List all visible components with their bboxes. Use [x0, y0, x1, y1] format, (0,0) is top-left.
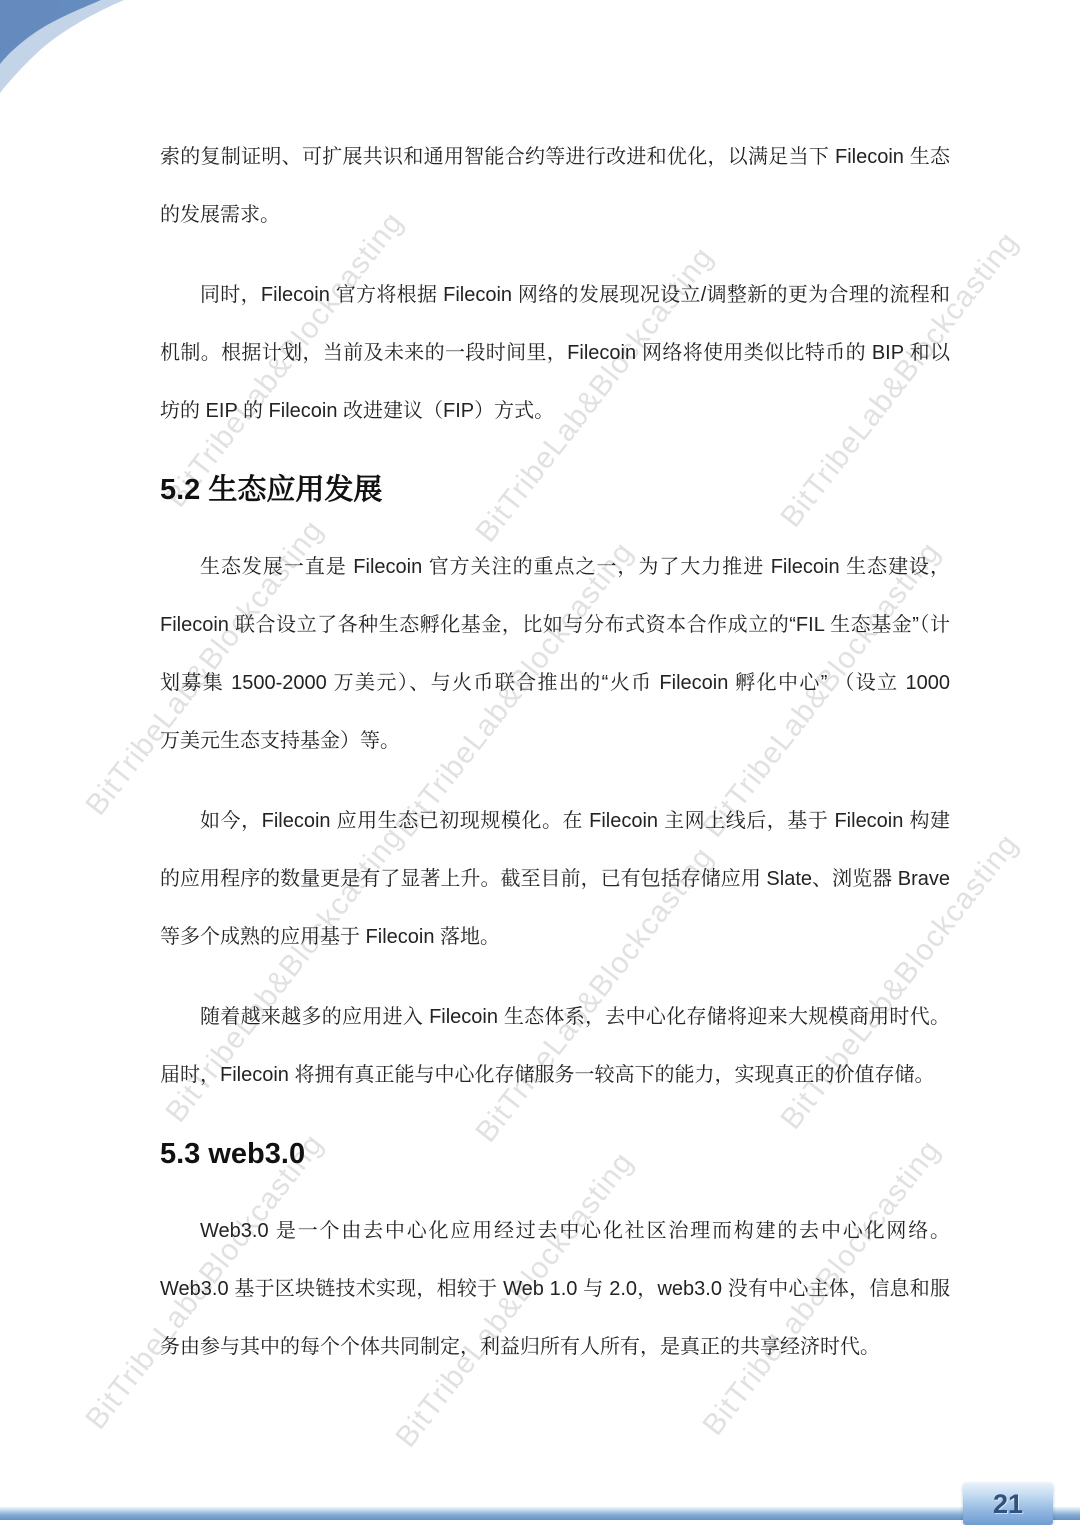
body-text-line: 届时，Filecoin 将拥有真正能与中心化存储服务一较高下的能力，实现真正的价… — [160, 1046, 950, 1104]
section-heading-5-3: 5.3 web3.0 — [160, 1132, 950, 1176]
paragraph: 生态发展一直是 Filecoin 官方关注的重点之一，为了大力推进 Fileco… — [160, 538, 950, 770]
paragraph: 如今，Filecoin 应用生态已初现规模化。在 Filecoin 主网上线后，… — [160, 792, 950, 966]
body-text-line: 务由参与其中的每个个体共同制定，利益归所有人所有，是真正的共享经济时代。 — [160, 1318, 950, 1376]
body-text-line: 万美元生态支持基金）等。 — [160, 712, 950, 770]
body-text-line: Web3.0 基于区块链技术实现，相较于 Web 1.0 与 2.0，web3.… — [160, 1260, 950, 1318]
body-text-line: 机制。根据计划，当前及未来的一段时间里，Filecoin 网络将使用类似比特币的… — [160, 324, 950, 382]
paragraph: 同时，Filecoin 官方将根据 Filecoin 网络的发展现况设立/调整新… — [160, 266, 950, 440]
section-heading-5-2: 5.2 生态应用发展 — [160, 468, 950, 512]
body-text-line: 划募集 1500-2000 万美元）、与火币联合推出的“火币 Filecoin … — [160, 654, 950, 712]
body-text-line: 随着越来越多的应用进入 Filecoin 生态体系，去中心化存储将迎来大规模商用… — [160, 988, 950, 1046]
document-body: 索的复制证明、可扩展共识和通用智能合约等进行改进和优化，以满足当下 Fileco… — [160, 128, 950, 1398]
body-text-line: 坊的 EIP 的 Filecoin 改进建议（FIP）方式。 — [160, 382, 950, 440]
corner-wave-decoration — [0, 0, 128, 98]
page-number-badge: 21 — [963, 1483, 1053, 1525]
body-text-line: 生态发展一直是 Filecoin 官方关注的重点之一，为了大力推进 Fileco… — [160, 538, 950, 596]
document-page: BitTribeLab&Blockcasting BitTribeLab&Blo… — [0, 0, 1080, 1525]
body-text-line: 的应用程序的数量更是有了显著上升。截至目前，已有包括存储应用 Slate、浏览器… — [160, 850, 950, 908]
paragraph: Web3.0 是一个由去中心化应用经过去中心化社区治理而构建的去中心化网络。 W… — [160, 1202, 950, 1376]
body-text-line: 同时，Filecoin 官方将根据 Filecoin 网络的发展现况设立/调整新… — [160, 266, 950, 324]
footer-bar — [0, 1507, 1080, 1520]
body-text-line: 的发展需求。 — [160, 186, 950, 244]
paragraph: 随着越来越多的应用进入 Filecoin 生态体系，去中心化存储将迎来大规模商用… — [160, 988, 950, 1104]
body-text-line: Filecoin 联合设立了各种生态孵化基金，比如与分布式资本合作成立的“FIL… — [160, 596, 950, 654]
body-text-line: Web3.0 是一个由去中心化应用经过去中心化社区治理而构建的去中心化网络。 — [160, 1202, 950, 1260]
body-text-line: 如今，Filecoin 应用生态已初现规模化。在 Filecoin 主网上线后，… — [160, 792, 950, 850]
body-text-line: 索的复制证明、可扩展共识和通用智能合约等进行改进和优化，以满足当下 Fileco… — [160, 128, 950, 186]
paragraph: 索的复制证明、可扩展共识和通用智能合约等进行改进和优化，以满足当下 Fileco… — [160, 128, 950, 244]
body-text-line: 等多个成熟的应用基于 Filecoin 落地。 — [160, 908, 950, 966]
